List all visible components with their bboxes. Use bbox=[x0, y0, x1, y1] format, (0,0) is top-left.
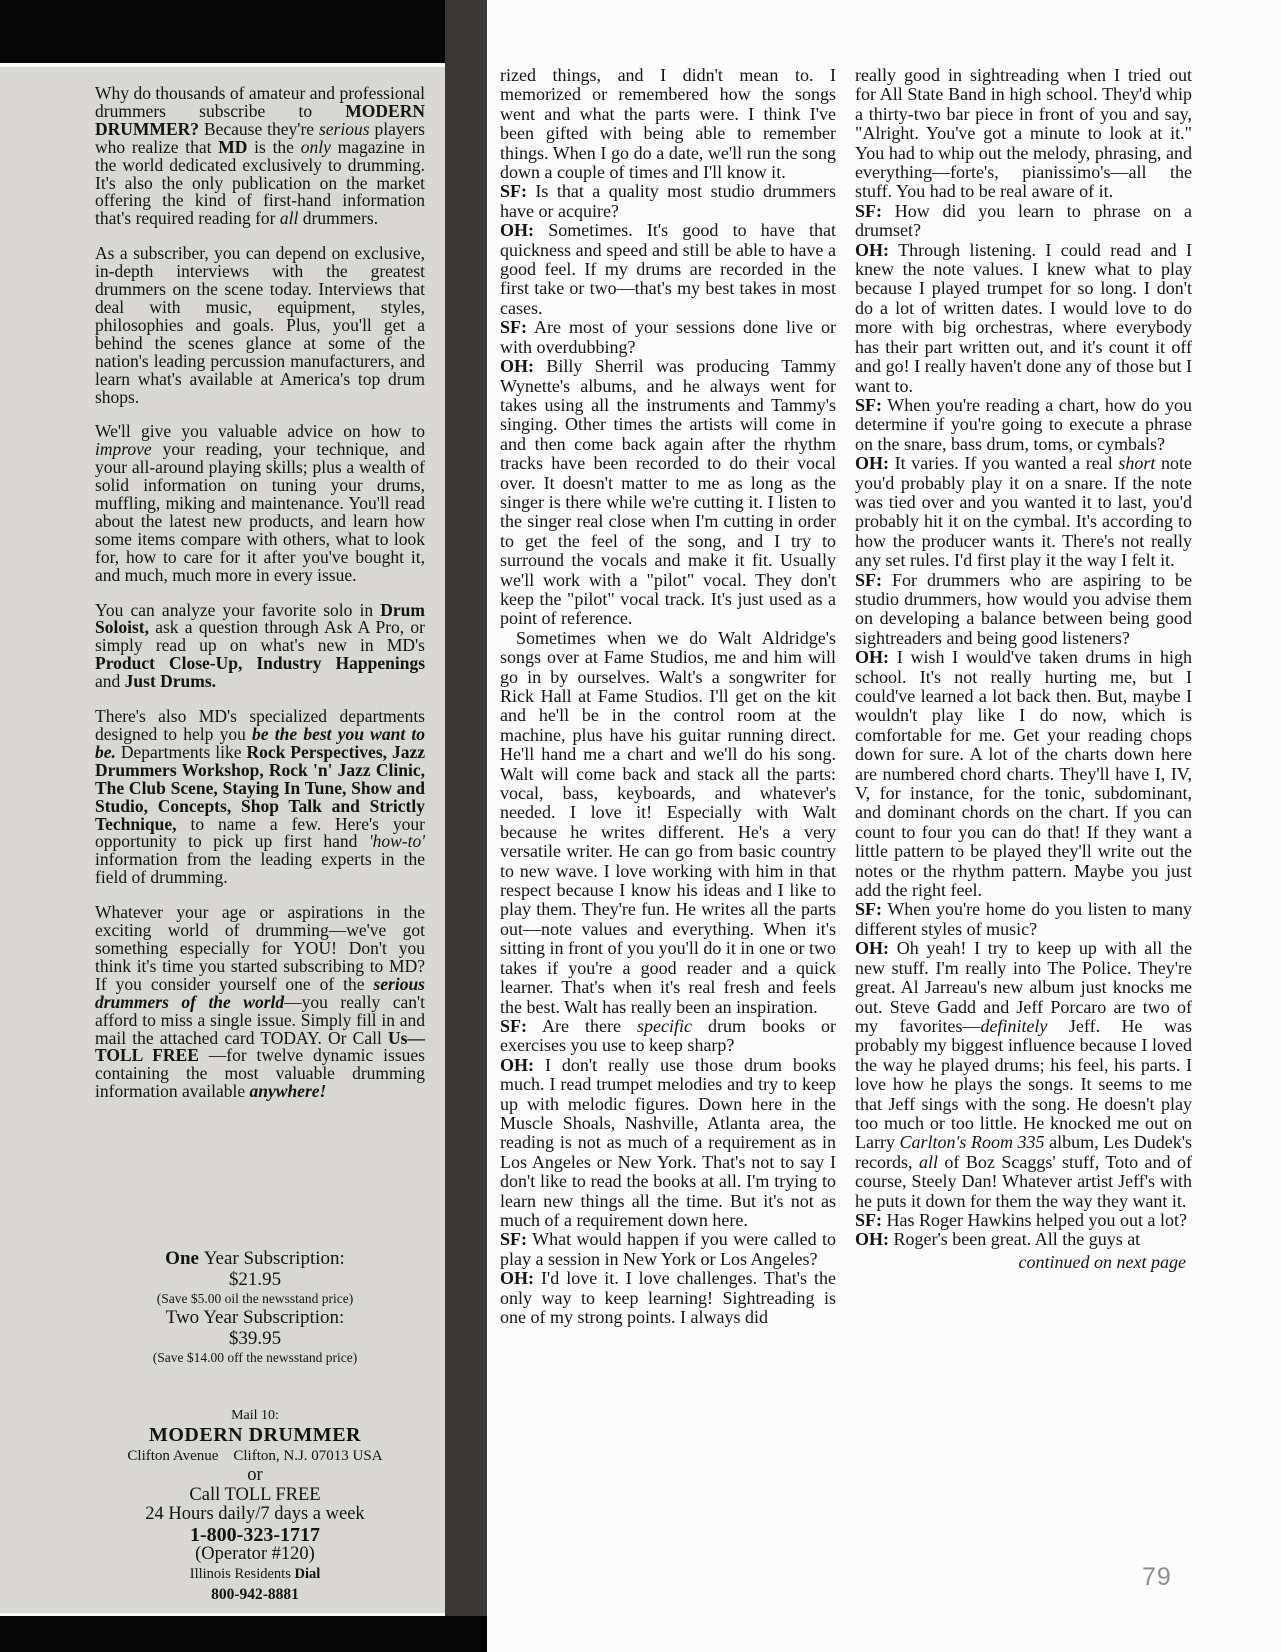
text-segment: Illinois Residents bbox=[190, 1566, 295, 1582]
body-paragraph: Whatever your age or aspirations in the … bbox=[95, 904, 425, 1101]
body-paragraph: Sometimes when we do Walt Aldridge's son… bbox=[500, 629, 836, 1017]
dialogue-paragraph: OH: Billy Sherril was producing Tammy Wy… bbox=[500, 357, 836, 629]
page-number: 79 bbox=[1142, 1563, 1172, 1592]
ad-body-text: Why do thousands of amateur and professi… bbox=[95, 85, 425, 1118]
dialogue-paragraph: SF: Has Roger Hawkins helped you out a l… bbox=[855, 1211, 1192, 1230]
ad-line: $39.95 bbox=[85, 1329, 425, 1350]
body-paragraph: really good in sightreading when I tried… bbox=[855, 66, 1192, 202]
text-segment: Has Roger Hawkins helped you out a lot? bbox=[882, 1210, 1187, 1230]
text-segment: (Save $5.00 oil the newsstand price) bbox=[157, 1291, 353, 1306]
speaker-label: OH: bbox=[500, 220, 534, 240]
ad-line: (Save $5.00 oil the newsstand price) bbox=[85, 1290, 425, 1308]
speaker-label: OH: bbox=[855, 1229, 889, 1249]
speaker-label: SF: bbox=[855, 899, 882, 919]
text-segment: 1-800-323-1717 bbox=[190, 1524, 320, 1546]
text-segment: anywhere! bbox=[250, 1081, 327, 1101]
speaker-label: SF: bbox=[855, 201, 882, 221]
ad-line: Two Year Subscription: bbox=[85, 1308, 425, 1329]
body-paragraph: We'll give you valuable advice on how to… bbox=[95, 423, 425, 584]
text-segment: As a subscriber, you can depend on exclu… bbox=[95, 243, 425, 406]
text-segment: all bbox=[280, 208, 298, 228]
dialogue-paragraph: SF: What would happen if you were called… bbox=[500, 1230, 836, 1269]
text-segment: or bbox=[247, 1465, 262, 1485]
ad-line: Clifton Avenue Clifton, N.J. 07013 USA bbox=[85, 1447, 425, 1466]
text-segment: 800-942-8881 bbox=[211, 1586, 299, 1603]
text-segment: all bbox=[919, 1152, 938, 1172]
subscription-ad-panel: Why do thousands of amateur and professi… bbox=[0, 67, 445, 1613]
speaker-label: OH: bbox=[855, 938, 889, 958]
dialogue-paragraph: OH: It varies. If you wanted a real shor… bbox=[855, 454, 1192, 570]
text-segment: $39.95 bbox=[229, 1328, 281, 1349]
text-segment: short bbox=[1118, 453, 1155, 473]
text-segment: Just Drums. bbox=[125, 671, 216, 691]
text-segment: When you're home do you listen to many d… bbox=[855, 899, 1192, 938]
speaker-label: SF: bbox=[855, 395, 882, 415]
subscription-offer-block: One Year Subscription:$21.95(Save $5.00 … bbox=[85, 1249, 425, 1367]
ad-line: 24 Hours daily/7 days a week bbox=[85, 1505, 425, 1525]
text-segment: What would happen if you were called to … bbox=[500, 1229, 836, 1268]
speaker-label: SF: bbox=[500, 1016, 527, 1036]
dialogue-paragraph: SF: How did you learn to phrase on a dru… bbox=[855, 202, 1192, 241]
text-segment: Call TOLL FREE bbox=[189, 1485, 320, 1505]
text-segment: When you're reading a chart, how do you … bbox=[855, 395, 1192, 454]
speaker-label: SF: bbox=[500, 317, 527, 337]
text-segment: Year Subscription: bbox=[204, 1248, 345, 1269]
ad-line: (Operator #120) bbox=[85, 1545, 425, 1565]
text-segment: Are most of your sessions done live or w… bbox=[500, 317, 836, 356]
text-segment: For drummers who are aspiring to be stud… bbox=[855, 570, 1192, 648]
text-segment: drummers. bbox=[298, 208, 378, 228]
text-segment: Roger's been great. All the guys at bbox=[889, 1229, 1140, 1249]
ad-line: Mail 10: bbox=[85, 1407, 425, 1424]
top-black-bar bbox=[0, 0, 487, 63]
dialogue-paragraph: SF: Are there specific drum books or exe… bbox=[500, 1017, 836, 1056]
text-segment: $21.95 bbox=[229, 1269, 281, 1290]
text-segment: I wish I would've taken drums in high sc… bbox=[855, 647, 1192, 900]
text-segment: Clifton Avenue Clifton, N.J. 07013 USA bbox=[127, 1448, 382, 1464]
text-segment: 24 Hours daily/7 days a week bbox=[145, 1504, 364, 1524]
text-segment: I don't really use those drum books much… bbox=[500, 1055, 836, 1230]
speaker-label: OH: bbox=[500, 356, 534, 376]
ad-line: Illinois Residents Dial bbox=[85, 1564, 425, 1584]
dialogue-paragraph: SF: When you're reading a chart, how do … bbox=[855, 396, 1192, 454]
ad-line: 800-942-8881 bbox=[85, 1584, 425, 1605]
text-segment: Sometimes when we do Walt Aldridge's son… bbox=[500, 628, 836, 1017]
dialogue-paragraph: OH: Through listening. I could read and … bbox=[855, 241, 1192, 396]
text-segment: Through listening. I could read and I kn… bbox=[855, 240, 1192, 396]
text-segment: (Operator #120) bbox=[195, 1544, 315, 1564]
speaker-label: OH: bbox=[855, 240, 889, 260]
speaker-label: OH: bbox=[855, 647, 889, 667]
speaker-label: SF: bbox=[855, 1210, 882, 1230]
dialogue-paragraph: OH: I wish I would've taken drums in hig… bbox=[855, 648, 1192, 900]
text-segment: Sometimes. It's good to have that quickn… bbox=[500, 220, 836, 318]
interview-column-right-text: really good in sightreading when I tried… bbox=[855, 66, 1192, 1250]
text-segment: really good in sightreading when I tried… bbox=[855, 65, 1192, 201]
ad-line: MODERN DRUMMER bbox=[85, 1424, 425, 1447]
mailing-info-block: Mail 10:MODERN DRUMMERClifton Avenue Cli… bbox=[85, 1407, 425, 1605]
speaker-label: SF: bbox=[500, 181, 527, 201]
speaker-label: OH: bbox=[855, 453, 889, 473]
dialogue-paragraph: OH: Sometimes. It's good to have that qu… bbox=[500, 221, 836, 318]
ad-line: One Year Subscription: bbox=[85, 1249, 425, 1270]
text-segment: I'd love it. I love challenges. That's t… bbox=[500, 1268, 836, 1327]
text-segment: definitely bbox=[980, 1016, 1047, 1036]
ad-line: 1-800-323-1717 bbox=[85, 1525, 425, 1545]
bottom-black-bar bbox=[0, 1616, 487, 1652]
text-segment: Billy Sherril was producing Tammy Wynett… bbox=[500, 356, 836, 628]
body-paragraph: There's also MD's specialized department… bbox=[95, 708, 425, 887]
continued-note: continued on next page bbox=[855, 1252, 1192, 1273]
speaker-label: OH: bbox=[500, 1055, 534, 1075]
ad-line: (Save $14.00 off the newsstand price) bbox=[85, 1349, 425, 1367]
dialogue-paragraph: OH: Roger's been great. All the guys at bbox=[855, 1230, 1192, 1249]
body-paragraph: rized things, and I didn't mean to. I me… bbox=[500, 66, 836, 182]
text-segment: Carlton's Room 335 bbox=[900, 1132, 1045, 1152]
body-paragraph: As a subscriber, you can depend on exclu… bbox=[95, 245, 425, 406]
body-paragraph: You can analyze your favorite solo in Dr… bbox=[95, 602, 425, 692]
dialogue-paragraph: SF: Is that a quality most studio drumme… bbox=[500, 182, 836, 221]
dialogue-paragraph: SF: When you're home do you listen to ma… bbox=[855, 900, 1192, 939]
body-paragraph: Why do thousands of amateur and professi… bbox=[95, 85, 425, 228]
ad-line: Call TOLL FREE bbox=[85, 1486, 425, 1506]
dialogue-paragraph: SF: Are most of your sessions done live … bbox=[500, 318, 836, 357]
speaker-label: OH: bbox=[500, 1268, 534, 1288]
text-segment: MODERN DRUMMER bbox=[149, 1424, 361, 1446]
interview-column-right: really good in sightreading when I tried… bbox=[855, 66, 1192, 1273]
text-segment: specific bbox=[637, 1016, 692, 1036]
speaker-label: SF: bbox=[855, 570, 882, 590]
dialogue-paragraph: OH: I'd love it. I love challenges. That… bbox=[500, 1269, 836, 1327]
ad-line: $21.95 bbox=[85, 1270, 425, 1291]
interview-column-left: rized things, and I didn't mean to. I me… bbox=[500, 66, 836, 1327]
text-segment: Are there bbox=[527, 1016, 637, 1036]
text-segment: Mail 10: bbox=[231, 1408, 279, 1423]
speaker-label: SF: bbox=[500, 1229, 527, 1249]
dialogue-paragraph: OH: I don't really use those drum books … bbox=[500, 1056, 836, 1231]
ad-line: or bbox=[85, 1466, 425, 1486]
text-segment: information from the leading experts in … bbox=[95, 849, 425, 887]
text-segment: Dial bbox=[294, 1566, 320, 1582]
text-segment: (Save $14.00 off the newsstand price) bbox=[153, 1350, 357, 1365]
text-segment: How did you learn to phrase on a drumset… bbox=[855, 201, 1192, 240]
text-segment: One bbox=[165, 1248, 204, 1269]
text-segment: Two Year Subscription: bbox=[166, 1307, 345, 1328]
text-segment: It varies. If you wanted a real bbox=[889, 453, 1118, 473]
text-segment: your reading, your technique, and your a… bbox=[95, 439, 425, 584]
gutter-strip bbox=[445, 0, 487, 1652]
dialogue-paragraph: OH: Oh yeah! I try to keep up with all t… bbox=[855, 939, 1192, 1211]
text-segment: and bbox=[95, 671, 125, 691]
dialogue-paragraph: SF: For drummers who are aspiring to be … bbox=[855, 571, 1192, 649]
text-segment: Is that a quality most studio drummers h… bbox=[500, 181, 836, 220]
text-segment: rized things, and I didn't mean to. I me… bbox=[500, 65, 836, 182]
